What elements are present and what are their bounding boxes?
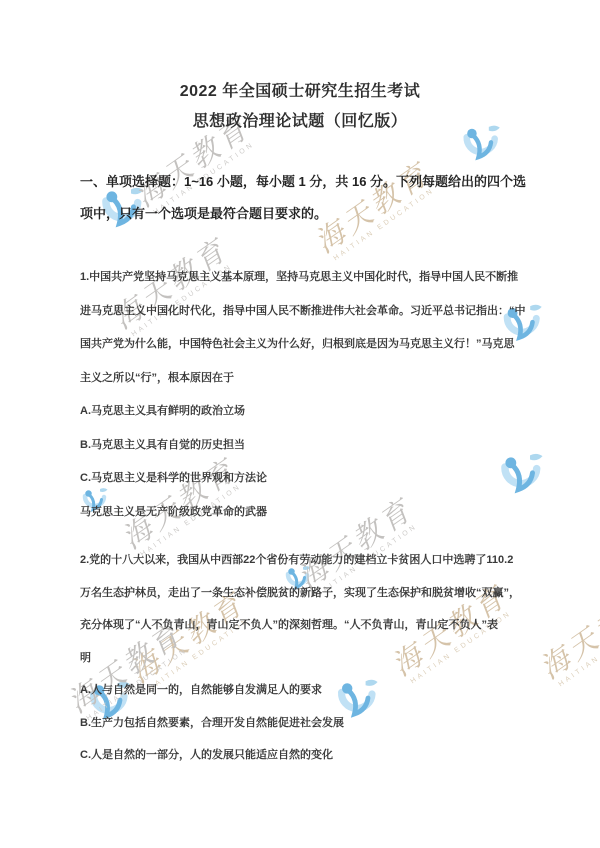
question-2-stem-line: 明 [80,642,524,675]
question-2-option-b: B.生产力包括自然要素，合理开发自然能促进社会发展 [80,707,524,740]
document-page: 海天教育 HAITIAN EDUCATION 海天教育 HAITIAN EDUC… [0,0,600,848]
section-instructions: 一、单项选择题：1~16 小题，每小题 1 分，共 16 分。下列每题给出的四个… [80,166,522,229]
watermark-cn-text: 海天教育 [527,579,600,690]
question-1-stem-line: 进马克思主义中国化时代化，指导中国人民不断推进伟大社会革命。习近平总书记指出：“… [80,295,524,329]
question-2-stem-line: 充分体现了“人不负青山，青山定不负人”的深刻哲理。“人不负青山，青山定不负人”表 [80,609,524,642]
question-2-stem-line: 万名生态护林员，走出了一条生态补偿脱贫的新路子，实现了生态保护和脱贫增收“双赢”… [80,577,524,610]
question-2-option-c: C.人是自然的一部分，人的发展只能适应自然的变化 [80,739,524,772]
question-2-stem-line: 2.党的十八大以来，我国从中西部22个省份有劳动能力的建档立卡贫困人口中选聘了1… [80,544,524,577]
watermark-en-text: HAITIAN EDUCATION [546,605,600,697]
question-1: 1.中国共产党坚持马克思主义基本原理，坚持马克思主义中国化时代，指导中国人民不断… [80,261,524,529]
exam-subtitle: 思想政治理论试题（回忆版） [0,108,600,131]
question-2-option-a: A.人与自然是同一的，自然能够自发满足人的要求 [80,674,524,707]
question-1-stem-line: 1.中国共产党坚持马克思主义基本原理，坚持马克思主义中国化时代，指导中国人民不断… [80,261,524,295]
watermark-text: 海天教育 HAITIAN EDUCATION [527,579,600,697]
section-instructions-line: 项中，只有一个选项是最符合题目要求的。 [80,198,522,230]
question-1-option-a: A.马克思主义具有鲜明的政治立场 [80,395,524,429]
question-1-option-b: B.马克思主义具有自觉的历史担当 [80,429,524,463]
exam-title: 2022 年全国硕士研究生招生考试 [0,78,600,101]
section-instructions-line: 一、单项选择题：1~16 小题，每小题 1 分，共 16 分。下列每题给出的四个… [80,166,522,198]
question-1-stem-line: 主义之所以“行”，根本原因在于 [80,362,524,396]
question-2: 2.党的十八大以来，我国从中西部22个省份有劳动能力的建档立卡贫困人口中选聘了1… [80,544,524,772]
question-1-stem-line: 国共产党为什么能，中国特色社会主义为什么好，归根到底是因为马克思主义行！”马克思 [80,328,524,362]
question-1-option-c: C.马克思主义是科学的世界观和方法论 [80,462,524,496]
question-1-option-d: 马克思主义是无产阶级政党革命的武器 [80,496,524,530]
